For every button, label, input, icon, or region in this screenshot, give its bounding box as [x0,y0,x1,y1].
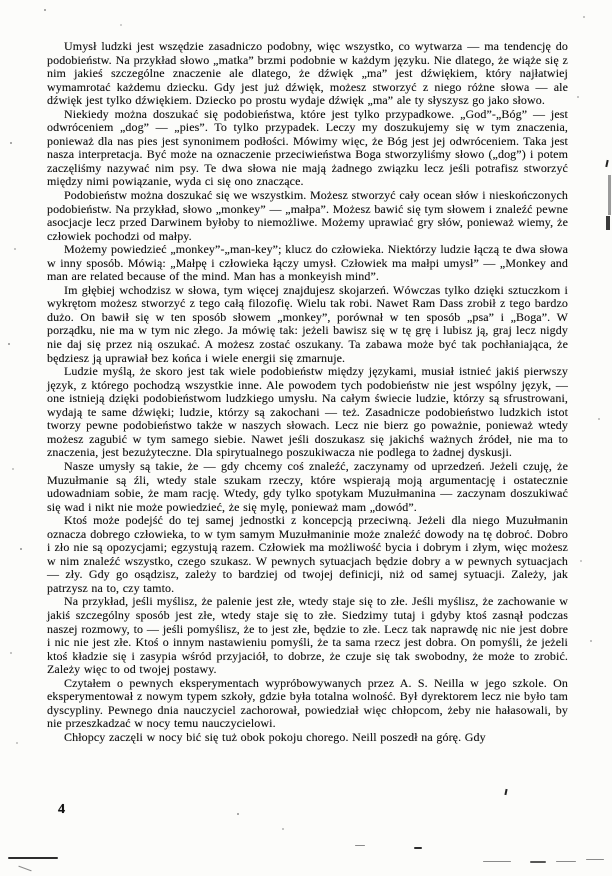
scan-artifact [355,845,365,846]
scan-artifact [12,468,14,470]
scan-artifact [606,216,610,230]
scan-artifact [504,789,507,795]
scan-artifact [10,142,12,144]
paragraph: Niekiedy można doszukać się podobieństwa… [47,108,568,189]
scan-artifact [120,24,122,26]
paragraph: Ludzie myślą, że skoro jest tak wiele po… [47,365,568,460]
scan-artifact [598,418,600,420]
scan-artifact [590,640,592,642]
scan-artifact [8,857,58,859]
paragraph: Im głębiej wchodzisz w słowa, tym więcej… [47,284,568,365]
scanned-book-page: Umysł ludzki jest wszędzie zasadniczo po… [0,0,612,876]
page-number: 4 [58,802,65,818]
paragraph: Możemy powiedzieć „monkey”-„man-key”; kl… [47,243,568,284]
scan-artifact [282,828,284,830]
paragraph: Ktoś może podejść do tej samej jednostki… [47,514,568,595]
scan-artifact [414,847,422,849]
text-block: Umysł ludzki jest wszędzie zasadniczo po… [47,40,568,744]
scan-artifact [583,16,585,18]
scan-artifact [586,859,604,860]
scan-artifact [18,866,31,872]
scan-artifact [608,175,611,215]
scan-artifact [605,160,608,167]
scan-artifact [483,861,511,862]
paragraph: Czytałem o pewnych eksperymentach wyprób… [47,677,568,731]
paragraph: Podobieństw można doszukać się we wszyst… [47,189,568,243]
paragraph: Na przykład, jeśli myślisz, że palenie j… [47,595,568,676]
scan-artifact [580,560,582,562]
scan-artifact [577,96,579,98]
scan-artifact [237,813,239,815]
scan-artifact [556,861,576,862]
paragraph: Nasze umysły są takie, że — gdy chcemy c… [47,460,568,514]
scan-artifact [530,861,546,863]
scan-artifact [44,9,46,11]
scan-artifact [20,548,22,550]
paragraph: Chłopcy zaczęli w nocy bić się tuż obok … [47,731,568,745]
scan-artifact [14,248,16,250]
scan-artifact [10,652,12,654]
paragraph: Umysł ludzki jest wszędzie zasadniczo po… [47,40,568,108]
scan-artifact [8,343,10,345]
scan-artifact [16,742,18,744]
